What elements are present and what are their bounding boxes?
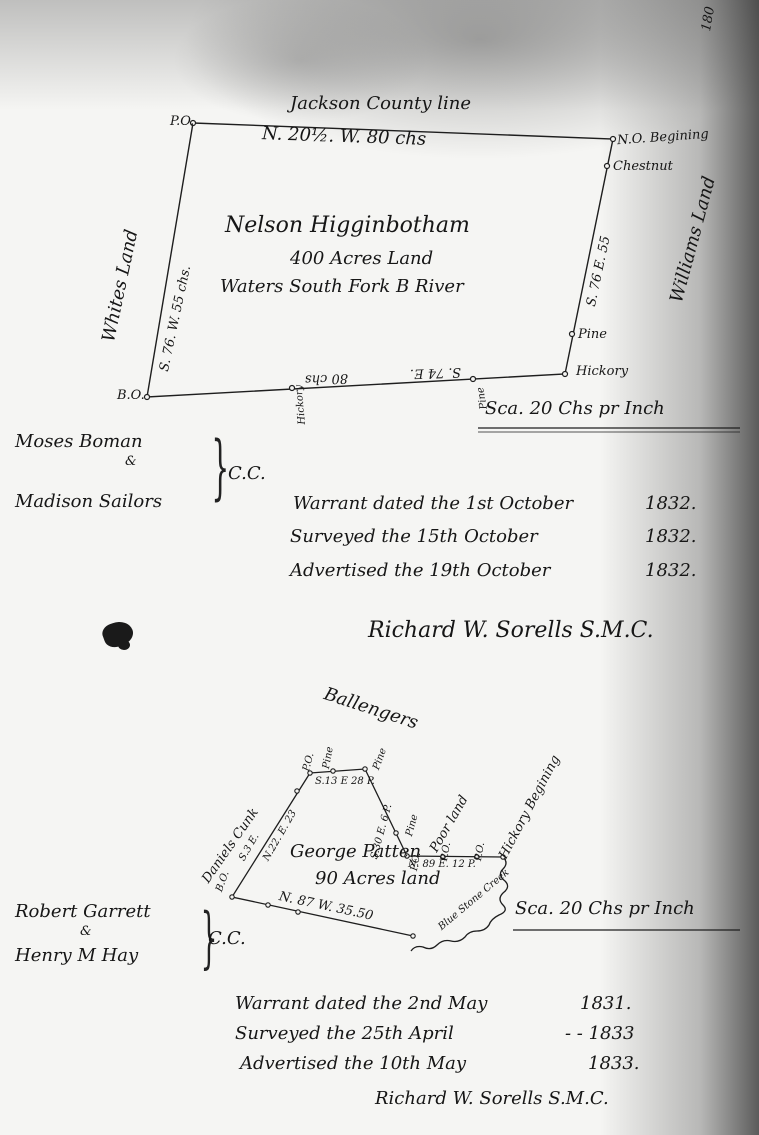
chain-carrier-1-name: Robert Garrett: [15, 903, 151, 921]
record-surveyed-year: - - 1833: [565, 1025, 634, 1043]
survey-2-acreage: 90 Acres land: [315, 870, 441, 888]
survey-2-owner: George Patten: [290, 843, 421, 861]
survey-2-scale: Sca. 20 Chs pr Inch: [515, 900, 695, 918]
record-advertised-year: 1833.: [588, 1055, 640, 1073]
chain-carrier-1-and: &: [80, 925, 92, 938]
surveyor-signature: Richard W. Sorells S.M.C.: [375, 1090, 609, 1108]
survey-document-page: 180 Jackson County line P.O. N. 20½. W. …: [0, 0, 759, 1135]
chain-carrier-label: C.C.: [208, 930, 246, 948]
top-call: S.13 E 28 P.: [315, 777, 375, 787]
chain-carrier-2-name: Henry M Hay: [15, 947, 138, 965]
record-warrant-year: 1831.: [580, 995, 632, 1013]
record-surveyed: Surveyed the 25th April: [235, 1025, 454, 1043]
record-warrant: Warrant dated the 2nd May: [235, 995, 487, 1013]
record-advertised: Advertised the 10th May: [240, 1055, 466, 1073]
